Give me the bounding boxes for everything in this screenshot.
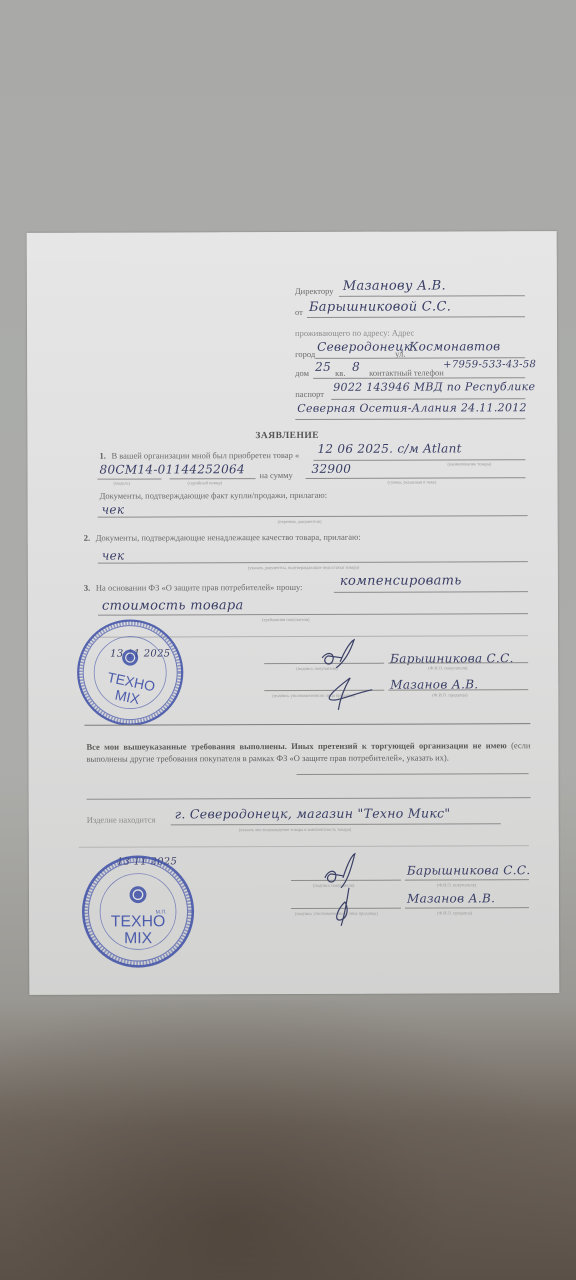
item1-sum-value: 32900 [311, 462, 351, 476]
item1-date-product: 12 06 2025. с/м Atlant [317, 441, 461, 456]
location-caption: (указать местонахождение товара и компле… [239, 827, 351, 832]
to-label: Директору [295, 286, 334, 296]
sign2-buyer-name-caption: (Ф.И.О. покупателя) [437, 882, 476, 887]
application-form-sheet: Директору Мазанову А.В. от Барышниковой … [27, 231, 560, 995]
item1-model: 80CM14-01 [99, 462, 173, 476]
house-value: 25 [315, 360, 331, 374]
item1-serial: 144252064 [173, 462, 244, 476]
caption-sum: (сумма, указанная в чеке) [388, 479, 437, 484]
item3-number: 3. [84, 583, 90, 593]
caption-item2: (указать документы, подтверждающие недос… [248, 565, 359, 570]
item1-number: 1. [99, 451, 105, 461]
company-stamp-2: М.П. ТЕХНО MIX [79, 852, 197, 970]
sign2-seller-name: Мазанов А.В. [407, 891, 495, 905]
item3-text: На основании ФЗ «О защите прав потребите… [96, 582, 303, 593]
item2-value: чек [102, 549, 125, 563]
caption-serial: (серийный номер) [188, 480, 223, 485]
svg-text:MIX: MIX [124, 930, 153, 947]
sign1-buyer-name-caption: (Ф.И.О. покупателя) [428, 665, 467, 670]
caption-model: (модель) [114, 481, 131, 486]
address-label: проживающего по адресу: Адрес [295, 328, 414, 338]
house-label: дом [295, 368, 309, 378]
passport-label: паспорт [295, 389, 324, 399]
item3-value-line1: компенсировать [340, 573, 462, 588]
passport-issued: Северная Осетия-Алания 24.11.2012 [297, 401, 527, 415]
sign2-seller-name-caption: (Ф.И.О. продавца) [437, 910, 472, 915]
desk-surface [0, 1000, 576, 1280]
buyer-signature-2 [319, 848, 369, 928]
passport-value: 9022 143946 МВД по Республике [333, 380, 535, 394]
sign2-buyer-name: Барышникова С.С. [407, 863, 531, 877]
item2-number: 2. [84, 533, 90, 543]
item1-sum-label: на сумму [260, 470, 293, 480]
to-value: Мазанову А.В. [343, 278, 446, 293]
completion-paragraph: Все мои вышеуказанные требования выполне… [86, 739, 530, 765]
caption-product-name: (наименование товара) [447, 461, 491, 466]
caption-docs: (перечень документов) [278, 519, 322, 524]
from-value: Барышниковой С.С. [309, 299, 451, 314]
phone-value: +7959-533-43-58 [443, 359, 536, 370]
sign1-seller-name-caption: (Ф.И.О. продавца) [432, 692, 467, 697]
company-stamp-1: ТЕХНО MIX [74, 616, 186, 728]
item1-docs-label: Документы, подтверждающие факт купли/про… [100, 490, 328, 501]
location-value: г. Северодонецк, магазин "Техно Микс" [175, 805, 451, 821]
document-title: ЗАЯВЛЕНИЕ [255, 431, 319, 441]
item3-value-line2: стоимость товара [102, 598, 244, 613]
item1-text: В вашей организации мной был приобретен … [111, 450, 299, 461]
item1-docs-value: чек [102, 503, 125, 517]
item2-text: Документы, подтверждающие ненадлежащее к… [96, 532, 361, 543]
svg-text:ТЕХНО: ТЕХНО [111, 913, 165, 930]
apt-value: 8 [352, 360, 360, 374]
street-value: Космонавтов [409, 339, 500, 353]
buyer-signature-1 [314, 632, 374, 712]
caption-item3: (требования покупателя) [262, 617, 310, 622]
city-label: город [295, 349, 315, 359]
location-label: Изделие находится [87, 814, 156, 824]
phone-label: контактный телефон [369, 367, 444, 377]
completion-lead: Все мои вышеуказанные требования выполне… [86, 740, 506, 751]
apt-label: кв. [335, 368, 345, 378]
from-label: от [295, 307, 303, 317]
